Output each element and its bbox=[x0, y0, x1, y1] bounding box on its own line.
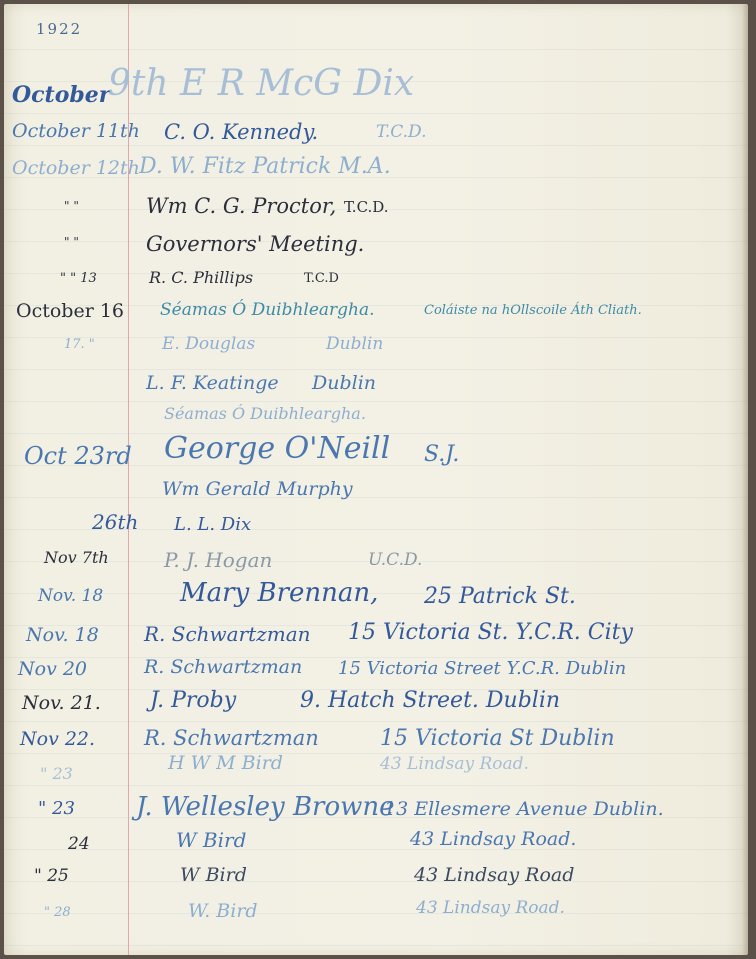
entry-name: Mary Brennan, bbox=[180, 580, 378, 606]
entry-date: October 12th bbox=[12, 159, 140, 178]
entry-name: C. O. Kennedy. bbox=[164, 122, 318, 143]
entry-name: Governors' Meeting. bbox=[146, 234, 364, 255]
entry-affiliation: 43 Lindsay Road. bbox=[410, 830, 576, 849]
entry-affiliation: Coláiste na hOllscoile Áth Cliath. bbox=[424, 304, 642, 317]
entry-date: Nov. 18 bbox=[26, 626, 99, 645]
entry-date: 24 bbox=[68, 836, 90, 853]
entry-affiliation: 25 Patrick St. bbox=[424, 586, 576, 608]
entry-date: 26th bbox=[92, 512, 138, 532]
entry-name: E. Douglas bbox=[162, 336, 255, 353]
entry-affiliation: Dublin bbox=[312, 374, 376, 393]
ledger-page: 1922 October 9th E R McG Dix October 11t… bbox=[4, 4, 748, 955]
entry-name: D. W. Fitz Patrick M.A. bbox=[139, 156, 391, 178]
entry-name: W Bird bbox=[176, 830, 246, 850]
entry-date: October bbox=[12, 84, 110, 106]
entry-affiliation: 43 Lindsay Road. bbox=[380, 756, 529, 773]
entry-name: L. F. Keatinge bbox=[146, 374, 279, 393]
entry-name: R. Schwartzman bbox=[144, 624, 311, 644]
entry-affiliation: 43 Lindsay Road bbox=[414, 866, 574, 885]
entry-affiliation: 15 Victoria St Dublin bbox=[380, 728, 615, 750]
entry-date: October 11th bbox=[12, 122, 140, 141]
entry-affiliation: Dublin bbox=[326, 336, 383, 353]
entry-date: 17. " bbox=[64, 338, 95, 351]
entry-name: J. Wellesley Browne bbox=[136, 794, 395, 820]
entry-date: " " 13 bbox=[60, 272, 97, 285]
year-heading: 1922 bbox=[36, 22, 82, 37]
entry-name: Wm Gerald Murphy bbox=[162, 480, 353, 499]
entry-date: " 23 bbox=[40, 766, 73, 782]
entry-affiliation: U.C.D. bbox=[368, 552, 422, 569]
page-edge-shadow bbox=[742, 4, 748, 955]
entry-date: Nov 7th bbox=[44, 550, 109, 566]
entry-name: George O'Neill bbox=[164, 434, 390, 464]
entry-affiliation: 15 Victoria Street Y.C.R. Dublin bbox=[338, 660, 626, 678]
entry-name: Wm C. G. Proctor, bbox=[146, 196, 336, 217]
entry-date: Nov 20 bbox=[18, 660, 87, 679]
entry-affiliation: 9. Hatch Street. Dublin bbox=[300, 690, 560, 712]
entry-affiliation: 43 Lindsay Road. bbox=[416, 900, 565, 917]
entry-name: H W M Bird bbox=[168, 754, 283, 773]
entry-date: October 16 bbox=[16, 302, 124, 321]
margin-rule bbox=[128, 4, 129, 955]
entry-date: Nov 22. bbox=[20, 730, 95, 749]
entry-name: P. J. Hogan bbox=[164, 550, 272, 570]
entry-date: " 25 bbox=[34, 868, 69, 885]
entry-date: Oct 23rd bbox=[24, 444, 132, 468]
entry-date: Nov. 18 bbox=[38, 588, 103, 605]
entry-name: W. Bird bbox=[188, 902, 258, 921]
entry-name: W Bird bbox=[180, 866, 247, 885]
entry-affiliation: T.C.D bbox=[304, 272, 339, 285]
entry-affiliation: T.C.D. bbox=[376, 124, 426, 141]
entry-name: L. L. Dix bbox=[174, 516, 251, 534]
entry-affiliation: 13 Ellesmere Avenue Dublin. bbox=[384, 800, 664, 819]
entry-name: Séamas Ó Duibhleargha. bbox=[160, 302, 375, 319]
entry-affiliation: S.J. bbox=[424, 444, 459, 466]
entry-date: Nov. 21. bbox=[22, 694, 101, 713]
entry-name: Séamas Ó Duibhleargha. bbox=[164, 406, 366, 422]
entry-affiliation: T.C.D. bbox=[344, 200, 389, 215]
entry-date: " 28 bbox=[44, 906, 71, 919]
entry-affiliation: 15 Victoria St. Y.C.R. City bbox=[348, 622, 633, 644]
entry-date: " " bbox=[64, 200, 79, 212]
entry-name: 9th E R McG Dix bbox=[108, 66, 414, 102]
entry-name: J. Proby bbox=[150, 690, 236, 712]
entry-name: R. Schwartzman bbox=[144, 658, 302, 677]
entry-name: R. Schwartzman bbox=[144, 728, 319, 749]
entry-name: R. C. Phillips bbox=[149, 270, 253, 286]
entry-date: " 23 bbox=[38, 800, 75, 818]
entry-date: " " bbox=[64, 236, 79, 248]
